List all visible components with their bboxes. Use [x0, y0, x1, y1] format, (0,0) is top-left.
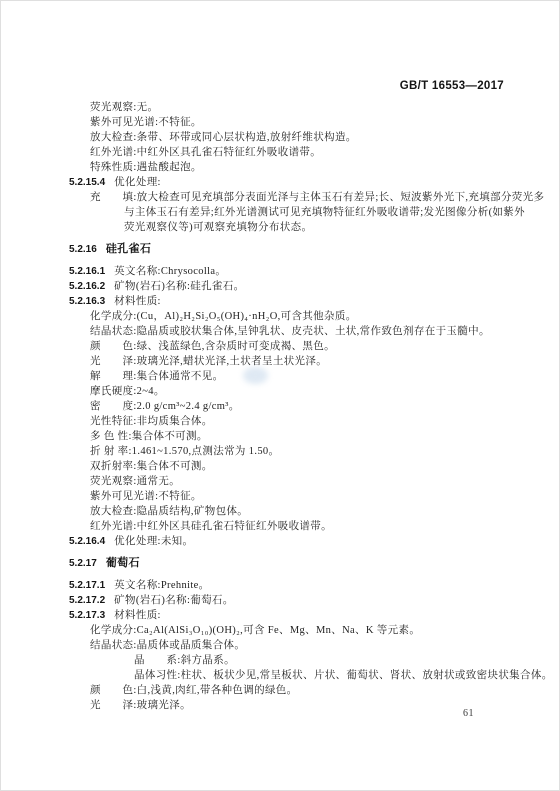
clause-line: 5.2.16.1英文名称:Chrysocolla。: [1, 264, 559, 279]
text-line: 紫外可见光谱:不特征。: [1, 489, 559, 504]
text-line: 摩氏硬度:2~4。: [1, 384, 559, 399]
clause-text: 矿物(岩石)名称:葡萄石。: [114, 595, 233, 606]
clause-line: 5.2.16.2矿物(岩石)名称:硅孔雀石。: [1, 279, 559, 294]
standard-code-header: GB/T 16553—2017: [400, 80, 504, 92]
text-line: 多 色 性:集合体不可测。: [1, 429, 559, 444]
section-number: 5.2.16: [69, 244, 97, 255]
text-line: 荧光观察:通常无。: [1, 474, 559, 489]
text-line: 红外光谱:中红外区具硅孔雀石特征红外吸收谱带。: [1, 519, 559, 534]
clause-line: 5.2.17.2矿物(岩石)名称:葡萄石。: [1, 593, 559, 608]
page-number: 61: [463, 708, 474, 719]
section-heading: 5.2.16硅孔雀石: [1, 242, 559, 257]
text-line: 荧光观察仪等)可观察充填物分布状态。: [1, 220, 559, 235]
clause-line: 5.2.17.3材料性质:: [1, 608, 559, 623]
text-line: 颜 色:绿、浅蓝绿色,含杂质时可变成褐、黑色。: [1, 339, 559, 354]
text-line: 特殊性质:遇盐酸起泡。: [1, 160, 559, 175]
document-body: 荧光观察:无。 紫外可见光谱:不特征。 放大检查:条带、环带或同心层状构造,放射…: [1, 100, 559, 713]
clause-text: 英文名称:Chrysocolla。: [114, 266, 226, 277]
clause-number: 5.2.15.4: [69, 177, 105, 188]
text-line: 光 泽:玻璃光泽。: [1, 698, 559, 713]
clause-number: 5.2.17.3: [69, 610, 105, 621]
text-line: 解 理:集合体通常不见。: [1, 369, 559, 384]
section-heading: 5.2.17葡萄石: [1, 556, 559, 571]
clause-line: 5.2.16.3材料性质:: [1, 294, 559, 309]
text-line: 紫外可见光谱:不特征。: [1, 115, 559, 130]
text-line: 放大检查:隐晶质结构,矿物包体。: [1, 504, 559, 519]
clause-number: 5.2.16.3: [69, 296, 105, 307]
text-line: 密 度:2.0 g/cm³~2.4 g/cm³。: [1, 399, 559, 414]
clause-line: 5.2.15.4优化处理:: [1, 175, 559, 190]
text-line: 化学成分:(Cu，Al)₂H₂Si₂O₅(OH)₄·nH₂O,可含其他杂质。: [1, 309, 559, 324]
section-title: 葡萄石: [106, 557, 140, 569]
text-line: 光性特征:非均质集合体。: [1, 414, 559, 429]
clause-number: 5.2.16.4: [69, 536, 105, 547]
clause-line: 5.2.16.4优化处理:未知。: [1, 534, 559, 549]
text-line: 晶 系:斜方晶系。: [1, 653, 559, 668]
clause-text: 材料性质:: [114, 610, 161, 621]
clause-text: 英文名称:Prehnite。: [114, 580, 209, 591]
scanned-document-page: GB/T 16553—2017 荧光观察:无。 紫外可见光谱:不特征。 放大检查…: [0, 0, 560, 791]
text-line: 红外光谱:中红外区具孔雀石特征红外吸收谱带。: [1, 145, 559, 160]
clause-line: 5.2.17.1英文名称:Prehnite。: [1, 578, 559, 593]
section-title: 硅孔雀石: [106, 243, 151, 255]
clause-number: 5.2.16.2: [69, 281, 105, 292]
clause-text: 材料性质:: [114, 296, 161, 307]
clause-number: 5.2.16.1: [69, 266, 105, 277]
clause-number: 5.2.17.1: [69, 580, 105, 591]
text-line: 晶体习性:柱状、板状少见,常呈板状、片状、葡萄状、肾状、放射状或致密块状集合体。: [1, 668, 559, 683]
clause-text: 矿物(岩石)名称:硅孔雀石。: [114, 281, 244, 292]
text-line: 结晶状态:隐晶质或胶状集合体,呈钟乳状、皮壳状、土状,常作致色剂存在于玉髓中。: [1, 324, 559, 339]
clause-number: 5.2.17.2: [69, 595, 105, 606]
text-line: 化学成分:Ca₂Al(AlSi₃O₁₀)(OH)₂,可含 Fe、Mg、Mn、Na…: [1, 623, 559, 638]
text-line: 双折射率:集合体不可测。: [1, 459, 559, 474]
text-line: 荧光观察:无。: [1, 100, 559, 115]
text-line: 放大检查:条带、环带或同心层状构造,放射纤维状构造。: [1, 130, 559, 145]
text-line: 光 泽:玻璃光泽,蜡状光泽,土状者呈土状光泽。: [1, 354, 559, 369]
text-line: 颜 色:白,浅黄,肉红,带各种色调的绿色。: [1, 683, 559, 698]
text-line: 与主体玉石有差异;红外光谱测试可见充填物特征红外吸收谱带;发光图像分析(如紫外: [1, 205, 559, 220]
section-number: 5.2.17: [69, 558, 97, 569]
clause-text: 优化处理:未知。: [114, 536, 193, 547]
clause-text: 优化处理:: [114, 177, 161, 188]
text-line: 折 射 率:1.461~1.570,点测法常为 1.50。: [1, 444, 559, 459]
text-line: 结晶状态:晶质体或晶质集合体。: [1, 638, 559, 653]
text-line: 充 填:放大检查可见充填部分表面光泽与主体玉石有差异;长、短波紫外光下,充填部分…: [1, 190, 559, 205]
